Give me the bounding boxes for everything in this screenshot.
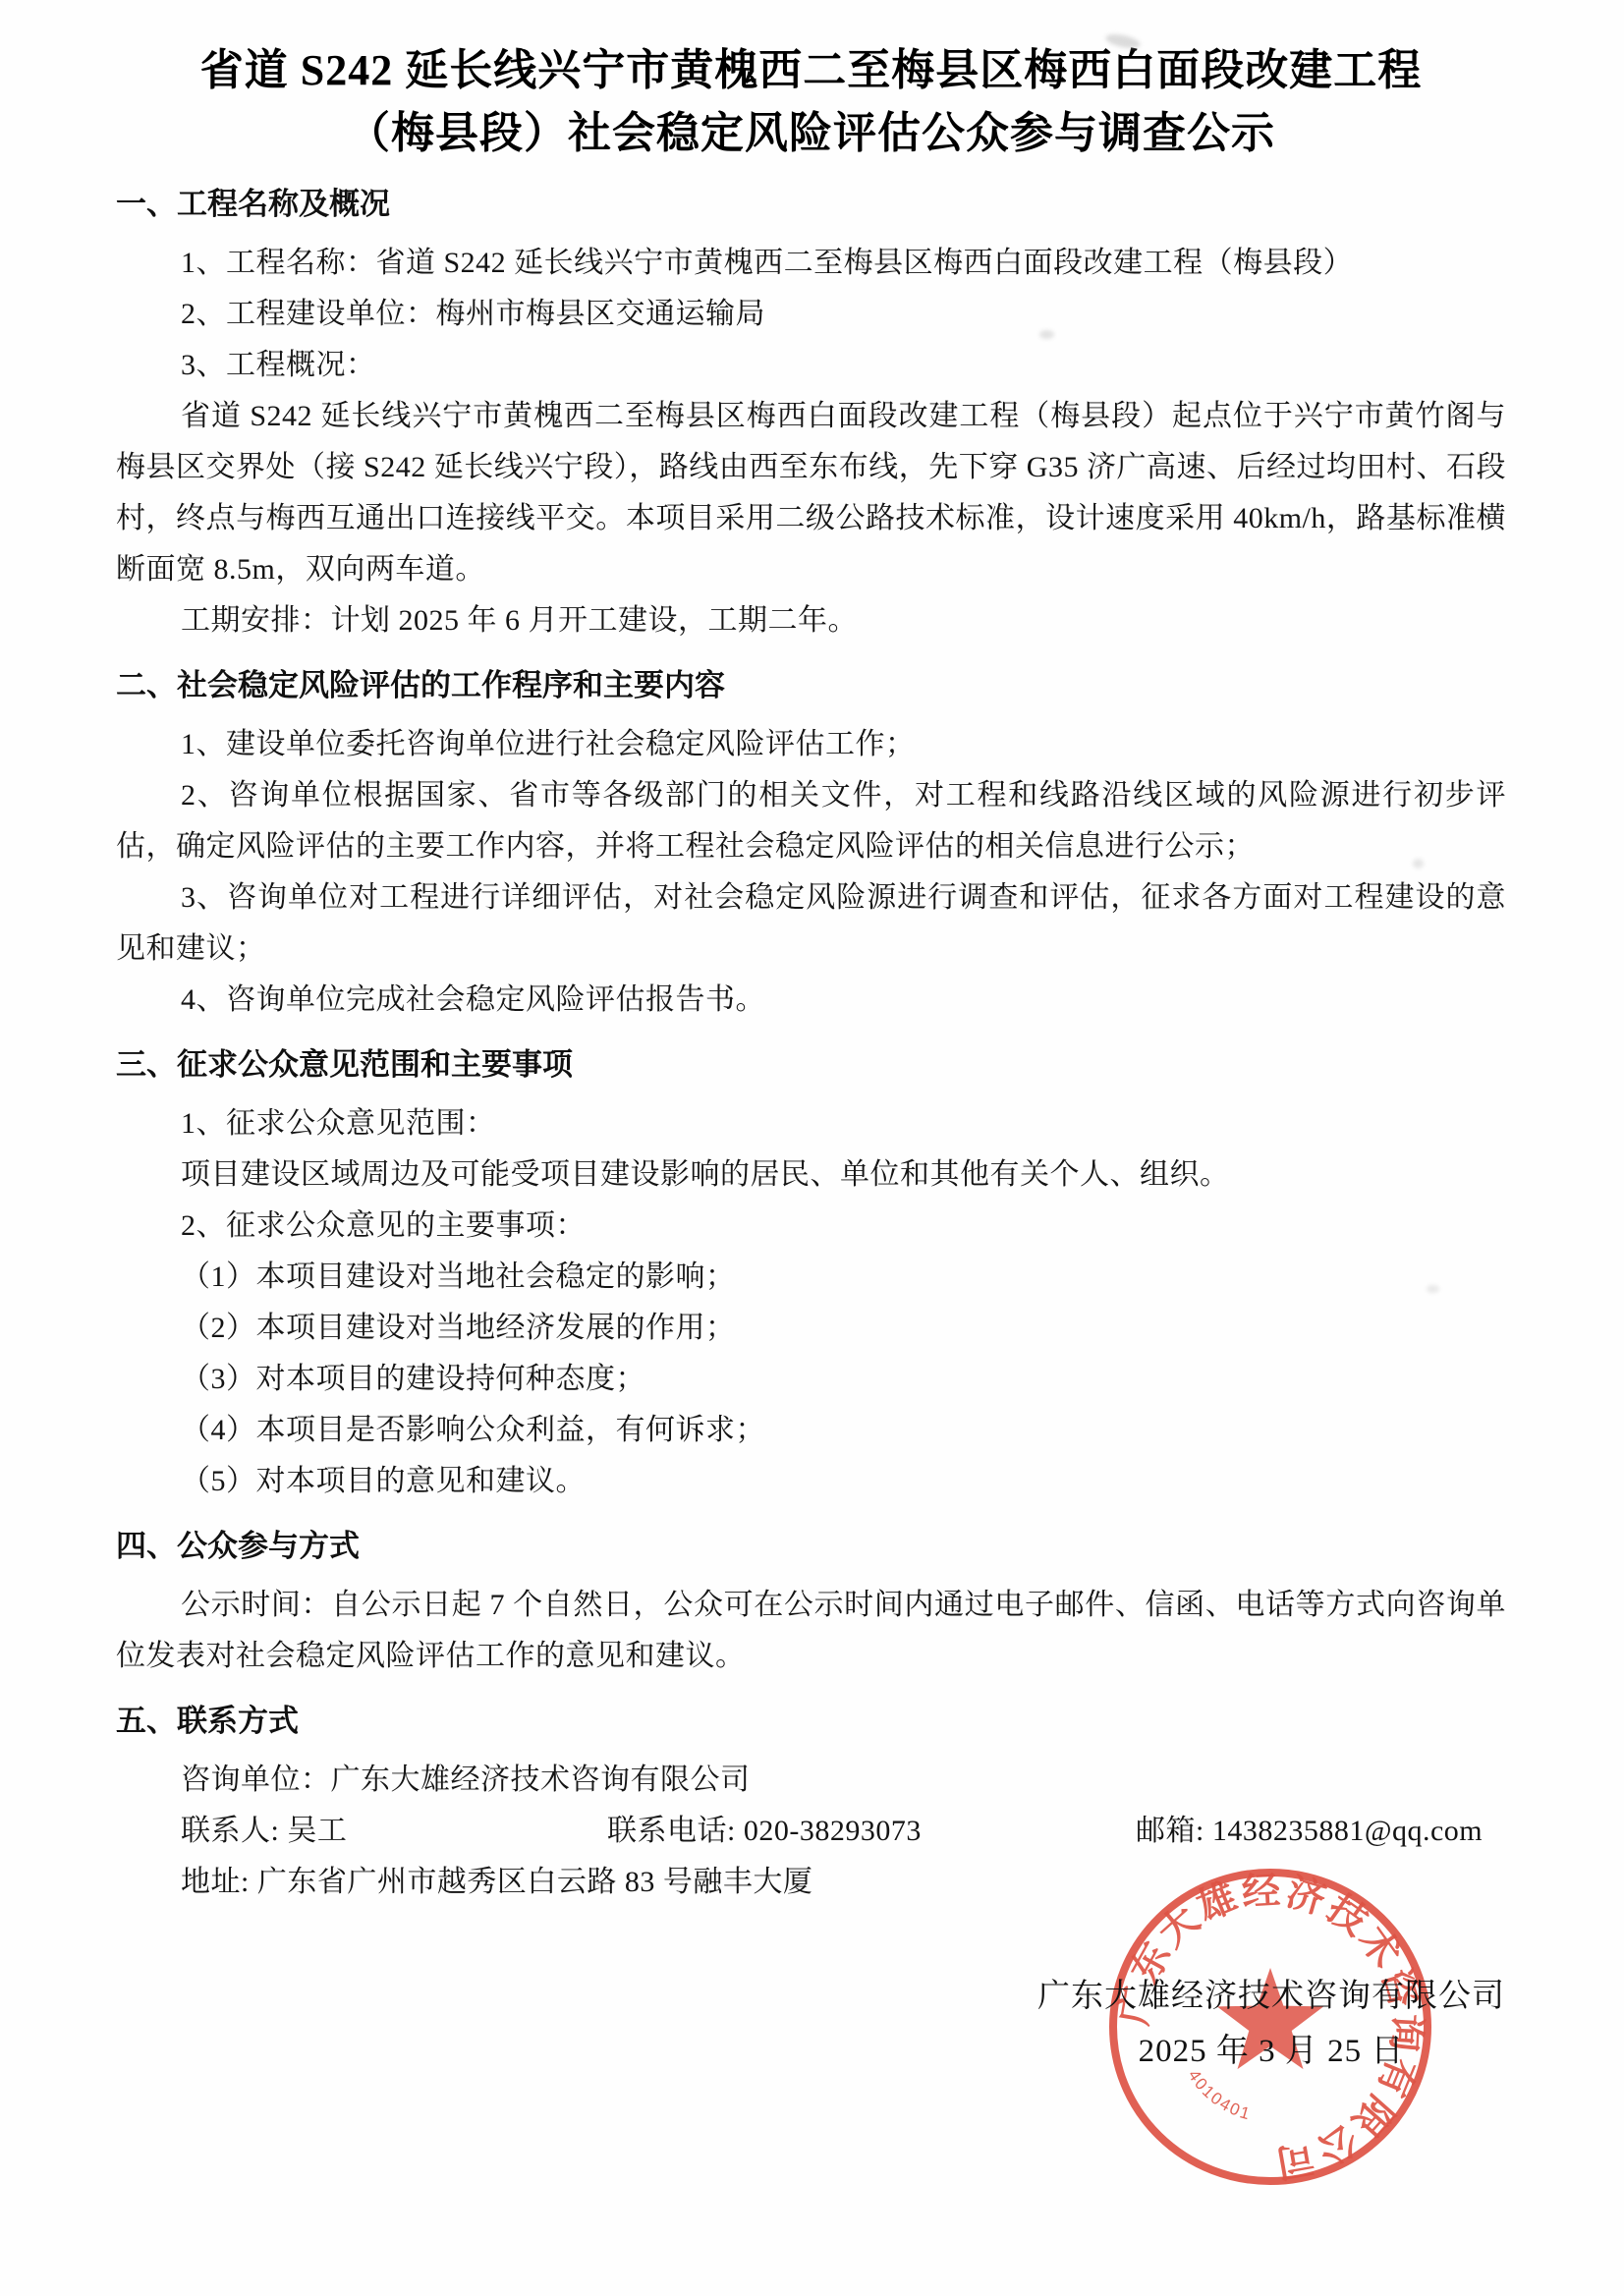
scan-artifact xyxy=(1413,859,1424,868)
contact-email: 邮箱: 1438235881@qq.com xyxy=(1136,1806,1506,1857)
contact-phone: 联系电话: 020-38293073 xyxy=(607,1806,1136,1857)
text-line: （5）对本项目的意见和建议。 xyxy=(116,1456,1506,1507)
section-heading: 四、公众参与方式 xyxy=(116,1521,1506,1572)
section-heading: 五、联系方式 xyxy=(116,1696,1506,1747)
text-line: （3）对本项目的建设持何种态度； xyxy=(116,1354,1506,1405)
text-line: （2）本项目建设对当地经济发展的作用； xyxy=(116,1303,1506,1354)
text-line: 1、建设单位委托咨询单位进行社会稳定风险评估工作； xyxy=(116,719,1506,770)
text-line: 1、工程名称：省道 S242 延长线兴宁市黄槐西二至梅县区梅西白面段改建工程（梅… xyxy=(116,238,1506,289)
document-body: 一、工程名称及概况1、工程名称：省道 S242 延长线兴宁市黄槐西二至梅县区梅西… xyxy=(116,179,1506,1908)
title-line-1: 省道 S242 延长线兴宁市黄槐西二至梅县区梅西白面段改建工程 xyxy=(116,39,1506,102)
text-line: 咨询单位：广东大雄经济技术咨询有限公司 xyxy=(116,1755,1506,1806)
title-line-2: （梅县段）社会稳定风险评估公众参与调查公示 xyxy=(116,102,1506,165)
signature-company: 广东大雄经济技术咨询有限公司 xyxy=(1037,1969,1505,2024)
text-line: 2、咨询单位根据国家、省市等各级部门的相关文件，对工程和线路沿线区域的风险源进行… xyxy=(116,770,1506,872)
text-line: 省道 S242 延长线兴宁市黄槐西二至梅县区梅西白面段改建工程（梅县段）起点位于… xyxy=(116,391,1506,595)
text-line: 项目建设区域周边及可能受项目建设影响的居民、单位和其他有关个人、组织。 xyxy=(116,1149,1506,1201)
section-heading: 一、工程名称及概况 xyxy=(116,179,1506,230)
scan-artifact xyxy=(1039,330,1054,339)
text-line: 3、工程概况： xyxy=(116,340,1506,391)
signature-date: 2025 年 3 月 25 日 xyxy=(1037,2024,1505,2079)
text-line: 1、征求公众意见范围： xyxy=(116,1098,1506,1149)
scan-artifact xyxy=(1427,1285,1439,1293)
contacts-row: 联系人: 吴工联系电话: 020-38293073邮箱: 1438235881@… xyxy=(116,1806,1506,1857)
text-line: 3、咨询单位对工程进行详细评估，对社会稳定风险源进行调查和评估，征求各方面对工程… xyxy=(116,872,1506,975)
text-line: 4、咨询单位完成社会稳定风险评估报告书。 xyxy=(116,975,1506,1026)
page-title: 省道 S242 延长线兴宁市黄槐西二至梅县区梅西白面段改建工程 （梅县段）社会稳… xyxy=(116,39,1506,165)
signature-block: 广东大雄经济技术咨询有限公司 2025 年 3 月 25 日 xyxy=(1037,1969,1505,2079)
text-line: （4）本项目是否影响公众利益，有何诉求； xyxy=(116,1405,1506,1456)
contact-person: 联系人: 吴工 xyxy=(181,1806,607,1857)
text-line: 2、工程建设单位：梅州市梅县区交通运输局 xyxy=(116,289,1506,340)
text-line: 公示时间：自公示日起 7 个自然日，公众可在公示时间内通过电子邮件、信函、电话等… xyxy=(116,1580,1506,1682)
section-heading: 三、征求公众意见范围和主要事项 xyxy=(116,1039,1506,1091)
document-page: 省道 S242 延长线兴宁市黄槐西二至梅县区梅西白面段改建工程 （梅县段）社会稳… xyxy=(0,0,1624,2296)
text-line: （1）本项目建设对当地社会稳定的影响； xyxy=(116,1252,1506,1303)
text-line: 工期安排：计划 2025 年 6 月开工建设，工期二年。 xyxy=(116,595,1506,646)
section-heading: 二、社会稳定风险评估的工作程序和主要内容 xyxy=(116,660,1506,711)
text-line: 2、征求公众意见的主要事项： xyxy=(116,1201,1506,1252)
